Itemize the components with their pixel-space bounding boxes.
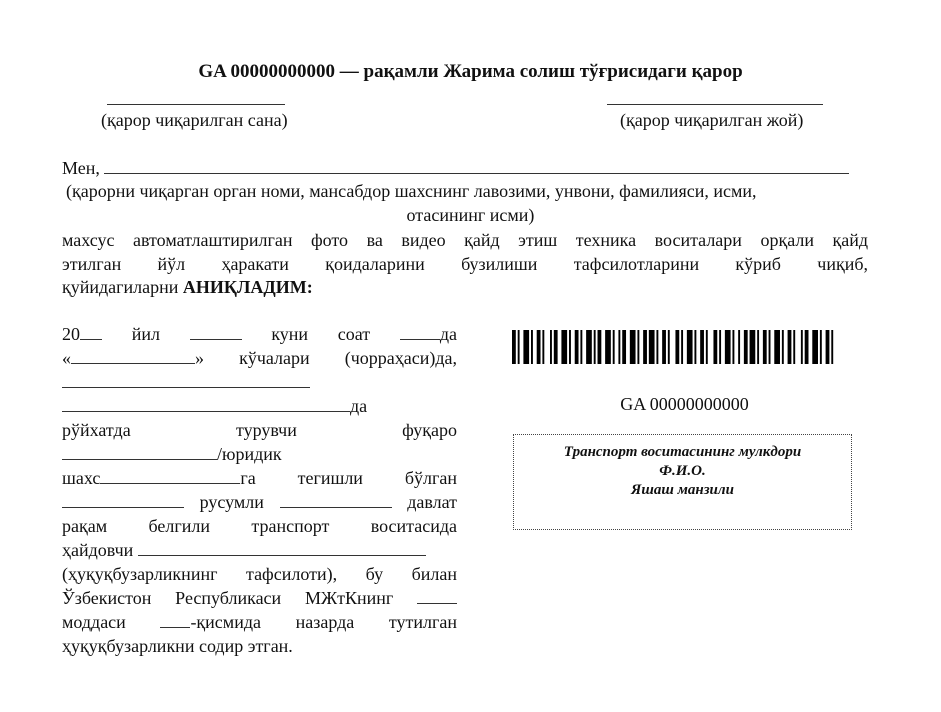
place-blank-line <box>607 104 823 105</box>
intro-line-3-text: қуйидагиларни <box>62 277 178 297</box>
body-line-14: ҳуқуқбузарликни содир этган. <box>62 634 457 658</box>
body-line-8: русумли давлат <box>62 490 457 514</box>
body-line-11: (ҳуқуқбузарликнинг тафсилоти), бу билан <box>62 562 457 586</box>
owner-address-box: Транспорт воситасининг мулкдори Ф.И.О. Я… <box>513 434 852 530</box>
part-blank <box>160 612 190 628</box>
entity-blank <box>100 468 240 484</box>
owner-box-line-3: Яшаш манзили <box>514 481 851 500</box>
barcode-number: GA 00000000000 <box>512 394 857 415</box>
body-line-6: /юридик <box>62 442 457 466</box>
date-caption: (қарор чиқарилган сана) <box>101 110 288 131</box>
address-blank-2 <box>62 396 350 412</box>
place-caption: (қарор чиқарилган жой) <box>620 110 803 131</box>
body-line-10: ҳайдовчи <box>62 538 457 562</box>
model-blank <box>62 492 184 508</box>
intro-line-3: қуйидагиларни АНИҚЛАДИМ: <box>62 275 313 299</box>
official-caption-2: отасининг исми) <box>0 205 941 226</box>
driver-blank <box>138 540 426 556</box>
determined-heading: АНИҚЛАДИМ: <box>183 277 313 297</box>
date-blank-line <box>107 104 285 105</box>
me-label: Мен, <box>62 158 100 178</box>
year-blank <box>80 324 102 340</box>
official-blank <box>104 158 849 174</box>
article-blank <box>417 588 457 604</box>
intro-line-1: махсус автоматлаштирилган фото ва видео … <box>62 228 868 252</box>
barcode-icon <box>512 330 837 364</box>
body-line-2: «» кўчалари (чорраҳаси)да, <box>62 346 457 370</box>
date-blank <box>190 324 242 340</box>
official-line: Мен, <box>62 156 868 180</box>
plate-blank <box>280 492 392 508</box>
body-line-12: Ўзбекистон Республикаси МЖтКнинг <box>62 586 457 610</box>
owner-box-line-1: Транспорт воситасининг мулкдори <box>514 443 851 462</box>
body-line-7: шахсга тегишли бўлган <box>62 466 457 490</box>
intro-line-2: этилган йўл ҳаракати қоидаларини бузилиш… <box>62 252 868 276</box>
body-line-3 <box>62 370 457 394</box>
time-blank <box>400 324 440 340</box>
owner-box-line-2: Ф.И.О. <box>514 462 851 481</box>
street-blank <box>71 348 195 364</box>
body-line-5: рўйхатда турувчи фуқаро <box>62 418 457 442</box>
body-line-1: 20 йил куни соат да <box>62 322 457 346</box>
citizen-blank <box>62 444 217 460</box>
document-title: GA 00000000000 — рақамли Жарима солиш тў… <box>0 61 941 83</box>
body-line-13: моддаси -қисмида назарда тутилган <box>62 610 457 634</box>
official-caption-1: (қарорни чиқарган орган номи, мансабдор … <box>66 181 757 202</box>
address-blank-1 <box>62 372 310 388</box>
body-line-4: да <box>62 394 457 418</box>
body-line-9: рақам белгили транспорт воситасида <box>62 514 457 538</box>
body-column: 20 йил куни соат да «» кўчалари (чорраҳа… <box>62 322 457 658</box>
